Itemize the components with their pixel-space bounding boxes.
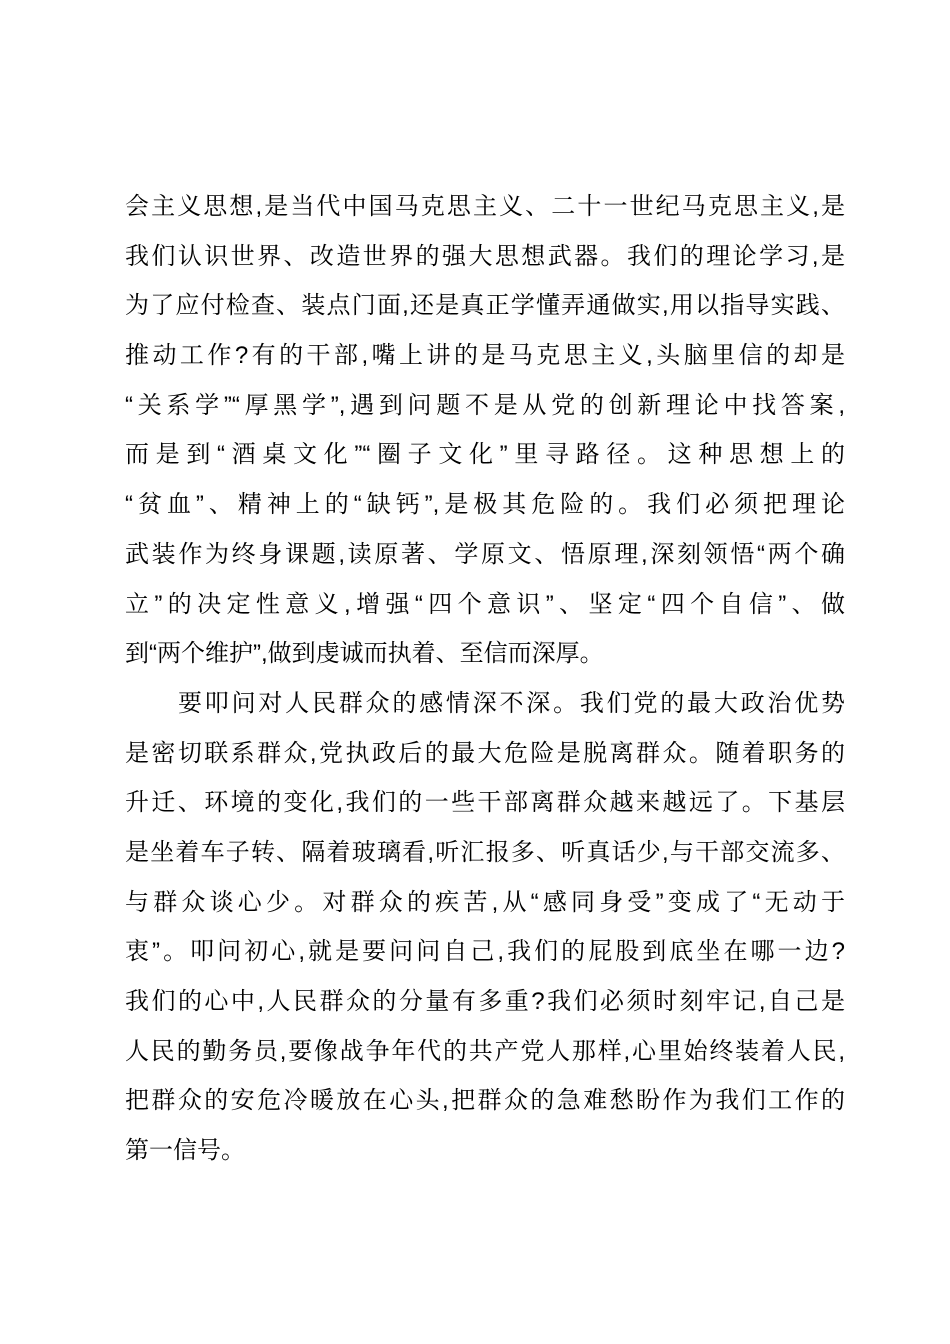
text-line: 是密切联系群众,党执政后的最大危险是脱离群众。随着职务的 [125,729,845,779]
text-line: 第一信号。 [125,1126,845,1176]
text-line: 我们认识世界、改造世界的强大思想武器。我们的理论学习,是 [125,232,845,282]
text-line: 人民的勤务员,要像战争年代的共产党人那样,心里始终装着人民, [125,1027,845,1077]
text-line: 立”的决定性意义,增强“四个意识”、坚定“四个自信”、做 [125,580,845,630]
text-line: 要叩问对人民群众的感情深不深。我们党的最大政治优势 [125,679,845,729]
text-line: “贫血”、精神上的“缺钙”,是极其危险的。我们必须把理论 [125,480,845,530]
document-text-block: 会主义思想,是当代中国马克思主义、二十一世纪马克思主义,是 我们认识世界、改造世… [125,182,845,1176]
text-line: 推动工作?有的干部,嘴上讲的是马克思主义,头脑里信的却是 [125,331,845,381]
paragraph-second: 要叩问对人民群众的感情深不深。我们党的最大政治优势 是密切联系群众,党执政后的最… [125,679,845,1176]
paragraph-continued: 会主义思想,是当代中国马克思主义、二十一世纪马克思主义,是 我们认识世界、改造世… [125,182,845,679]
text-line: 会主义思想,是当代中国马克思主义、二十一世纪马克思主义,是 [125,182,845,232]
text-line: 把群众的安危冷暖放在心头,把群众的急难愁盼作为我们工作的 [125,1076,845,1126]
text-line: 而是到“酒桌文化”“圈子文化”里寻路径。这种思想上的 [125,430,845,480]
document-page: 会主义思想,是当代中国马克思主义、二十一世纪马克思主义,是 我们认识世界、改造世… [0,0,950,1344]
text-line: 我们的心中,人民群众的分量有多重?我们必须时刻牢记,自己是 [125,977,845,1027]
text-line: 为了应付检查、装点门面,还是真正学懂弄通做实,用以指导实践、 [125,281,845,331]
text-line: 到“两个维护”,做到虔诚而执着、至信而深厚。 [125,629,845,679]
text-line: 与群众谈心少。对群众的疾苦,从“感同身受”变成了“无动于 [125,878,845,928]
text-line: “关系学”“厚黑学”,遇到问题不是从党的创新理论中找答案, [125,381,845,431]
text-line: 武装作为终身课题,读原著、学原文、悟原理,深刻领悟“两个确 [125,530,845,580]
text-line: 衷”。叩问初心,就是要问问自己,我们的屁股到底坐在哪一边? [125,927,845,977]
text-line: 升迁、环境的变化,我们的一些干部离群众越来越远了。下基层 [125,778,845,828]
text-line: 是坐着车子转、隔着玻璃看,听汇报多、听真话少,与干部交流多、 [125,828,845,878]
